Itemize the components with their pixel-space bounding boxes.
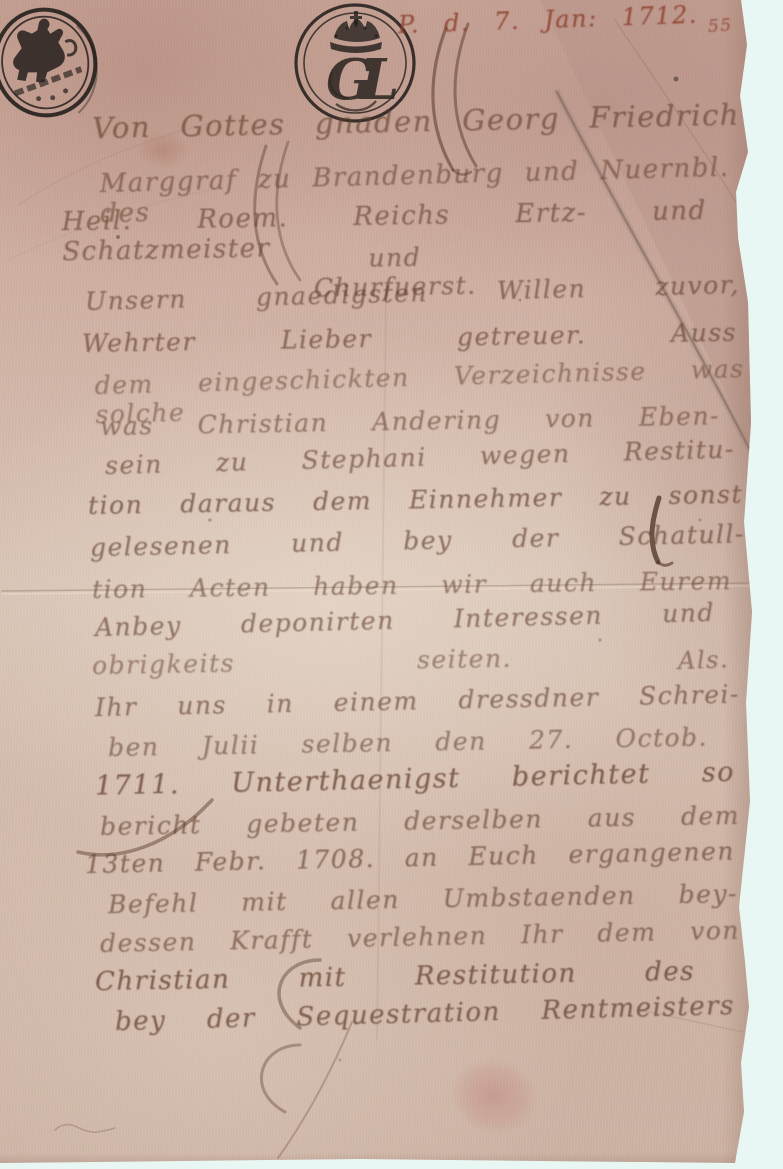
handwriting-line: tion daraus dem Einnehmer zu sonst	[88, 481, 743, 521]
monogram-letters: GL	[326, 47, 397, 113]
handwriting-line: sein zu Stephani wegen Restitu-	[105, 436, 736, 481]
lion-icon	[1, 13, 86, 108]
handwriting-line: Anbey deponirten Interessen und	[95, 599, 716, 643]
bottom-edge-shade	[0, 1153, 783, 1167]
manuscript-paper: GL P. d. 7. Jan: 1712. 55 Von Gottes gna…	[0, 0, 783, 1169]
scan-background: { "page": { "title": "Handschriftlicher …	[0, 0, 783, 1169]
handwriting-line: bericht gebeten derselben aus dem	[100, 802, 740, 842]
handwriting-line: ben Julii selben den 27. Octob.	[108, 724, 708, 763]
handwriting-line: Christian mit Restitution des	[95, 958, 695, 998]
handwriting-line: Befehl mit allen Umbstaenden bey-	[108, 880, 738, 920]
handwriting-line: bey der Sequestration Rentmeisters	[115, 992, 736, 1038]
handwriting-line: dessen Krafft verlehnen Ihr dem von	[100, 917, 740, 959]
handwriting-line: obrigkeits seiten.	[92, 645, 512, 681]
handwriting-line: Wehrter Lieber getreuer. Auss	[82, 319, 737, 359]
handwriting-line: 13ten Febr. 1708. an Euch ergangenen	[85, 837, 735, 879]
crown-icon	[330, 11, 382, 53]
handwriting-line: gelesenen und bey der Schatull-	[90, 520, 745, 562]
handwriting-line: 1711. Unterthaenigst berichtet so	[95, 756, 736, 802]
handwriting-line: Unsern gnaedigsten Willen zuvor,	[85, 271, 741, 317]
torn-edge-shade	[722, 0, 752, 1169]
handwriting-line: Ihr uns in einem dressdner Schrei-	[95, 680, 740, 722]
ink-stain	[427, 1035, 560, 1157]
